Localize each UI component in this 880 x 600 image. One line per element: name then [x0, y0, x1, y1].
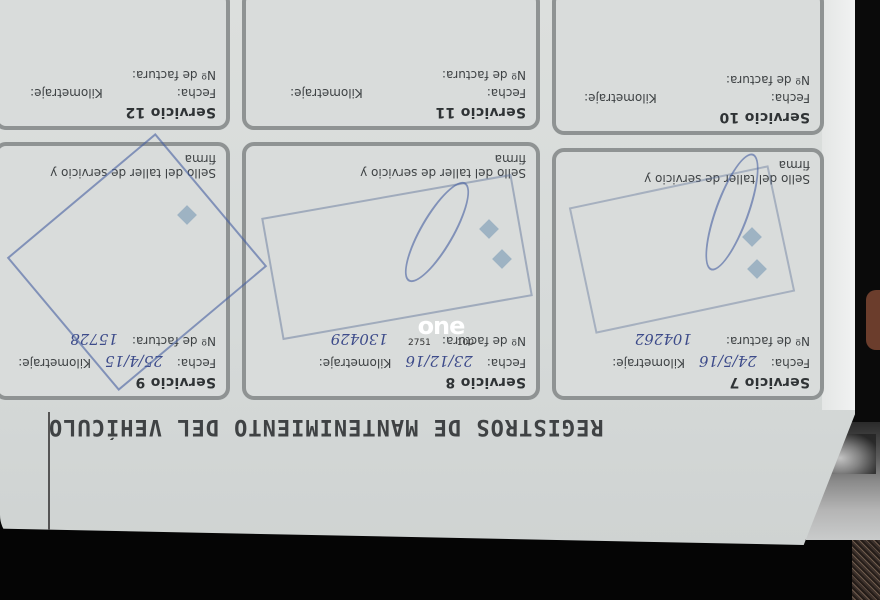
fecha-label: Fecha:	[771, 352, 810, 370]
factura-label: Nº de factura:	[132, 68, 216, 82]
kilometraje-label: Kilometraje:	[18, 352, 91, 370]
firma-label: firma	[360, 152, 526, 166]
factura-value: 130429	[331, 330, 388, 348]
factura-label: Nº de factura:	[726, 73, 810, 87]
firma-label: firma	[50, 152, 216, 166]
fecha-label: Fecha:	[771, 91, 810, 105]
service-card-11: Servicio 11 Fecha:Kilometraje: Nº de fac…	[242, 0, 540, 130]
factura-label: Nº de factura:	[442, 68, 526, 82]
service-title: Servicio 7	[566, 374, 810, 390]
kilometraje-label: Kilometraje:	[319, 352, 392, 370]
service-title: Servicio 9	[8, 374, 216, 390]
factura-label: Nº de factura:	[726, 330, 810, 348]
fecha-label: Fecha:	[177, 86, 216, 100]
service-title: Servicio 12	[8, 104, 216, 120]
watermark-left-number: 2751	[408, 338, 431, 348]
sello-label: Sello del taller de servicio y	[360, 166, 526, 180]
watermark-logo: one	[408, 314, 474, 338]
margin-rule	[48, 412, 50, 530]
service-title: Servicio 11	[256, 104, 526, 120]
kilometraje-value: 15728	[70, 330, 118, 348]
watermark: one 2751 100	[408, 314, 474, 348]
fecha-value: 23/12/16	[405, 352, 472, 370]
kilometraje-label: Kilometraje:	[30, 86, 103, 100]
sello-label: Sello del taller de servicio y	[644, 172, 810, 186]
service-title: Servicio 10	[566, 109, 810, 125]
finger	[866, 290, 880, 350]
kilometraje-label: Kilometraje:	[612, 352, 685, 370]
factura-label: Nº de factura:	[132, 330, 216, 348]
page-heading: REGISTROS DE MANTENIMIENTO DEL VEHÍCULO	[48, 408, 718, 444]
service-card-12: Servicio 12 Fecha:Kilometraje: Nº de fac…	[0, 0, 230, 130]
factura-value: 104262	[635, 330, 692, 348]
fecha-label: Fecha:	[487, 86, 526, 100]
floor-texture	[852, 535, 880, 600]
sello-label: Sello del taller de servicio y	[50, 166, 216, 180]
service-title: Servicio 8	[256, 374, 526, 390]
firma-label: firma	[644, 158, 810, 172]
kilometraje-label: Kilometraje:	[584, 91, 657, 105]
service-card-8: Servicio 8 Fecha: 23/12/16 Kilometraje: …	[242, 142, 540, 400]
service-card-7: Servicio 7 Fecha: 24/5/16 Kilometraje: N…	[552, 148, 824, 400]
page-edge	[822, 0, 855, 410]
fecha-value: 24/5/16	[699, 352, 757, 370]
service-card-9: Servicio 9 Fecha: 25/4/15 Kilometraje: N…	[0, 142, 230, 400]
kilometraje-label: Kilometraje:	[290, 86, 363, 100]
service-card-10: Servicio 10 Fecha:Kilometraje: Nº de fac…	[552, 0, 824, 135]
watermark-right-number: 100	[457, 338, 474, 348]
fecha-label: Fecha:	[177, 352, 216, 370]
fecha-value: 25/4/15	[105, 352, 163, 370]
fecha-label: Fecha:	[487, 352, 526, 370]
